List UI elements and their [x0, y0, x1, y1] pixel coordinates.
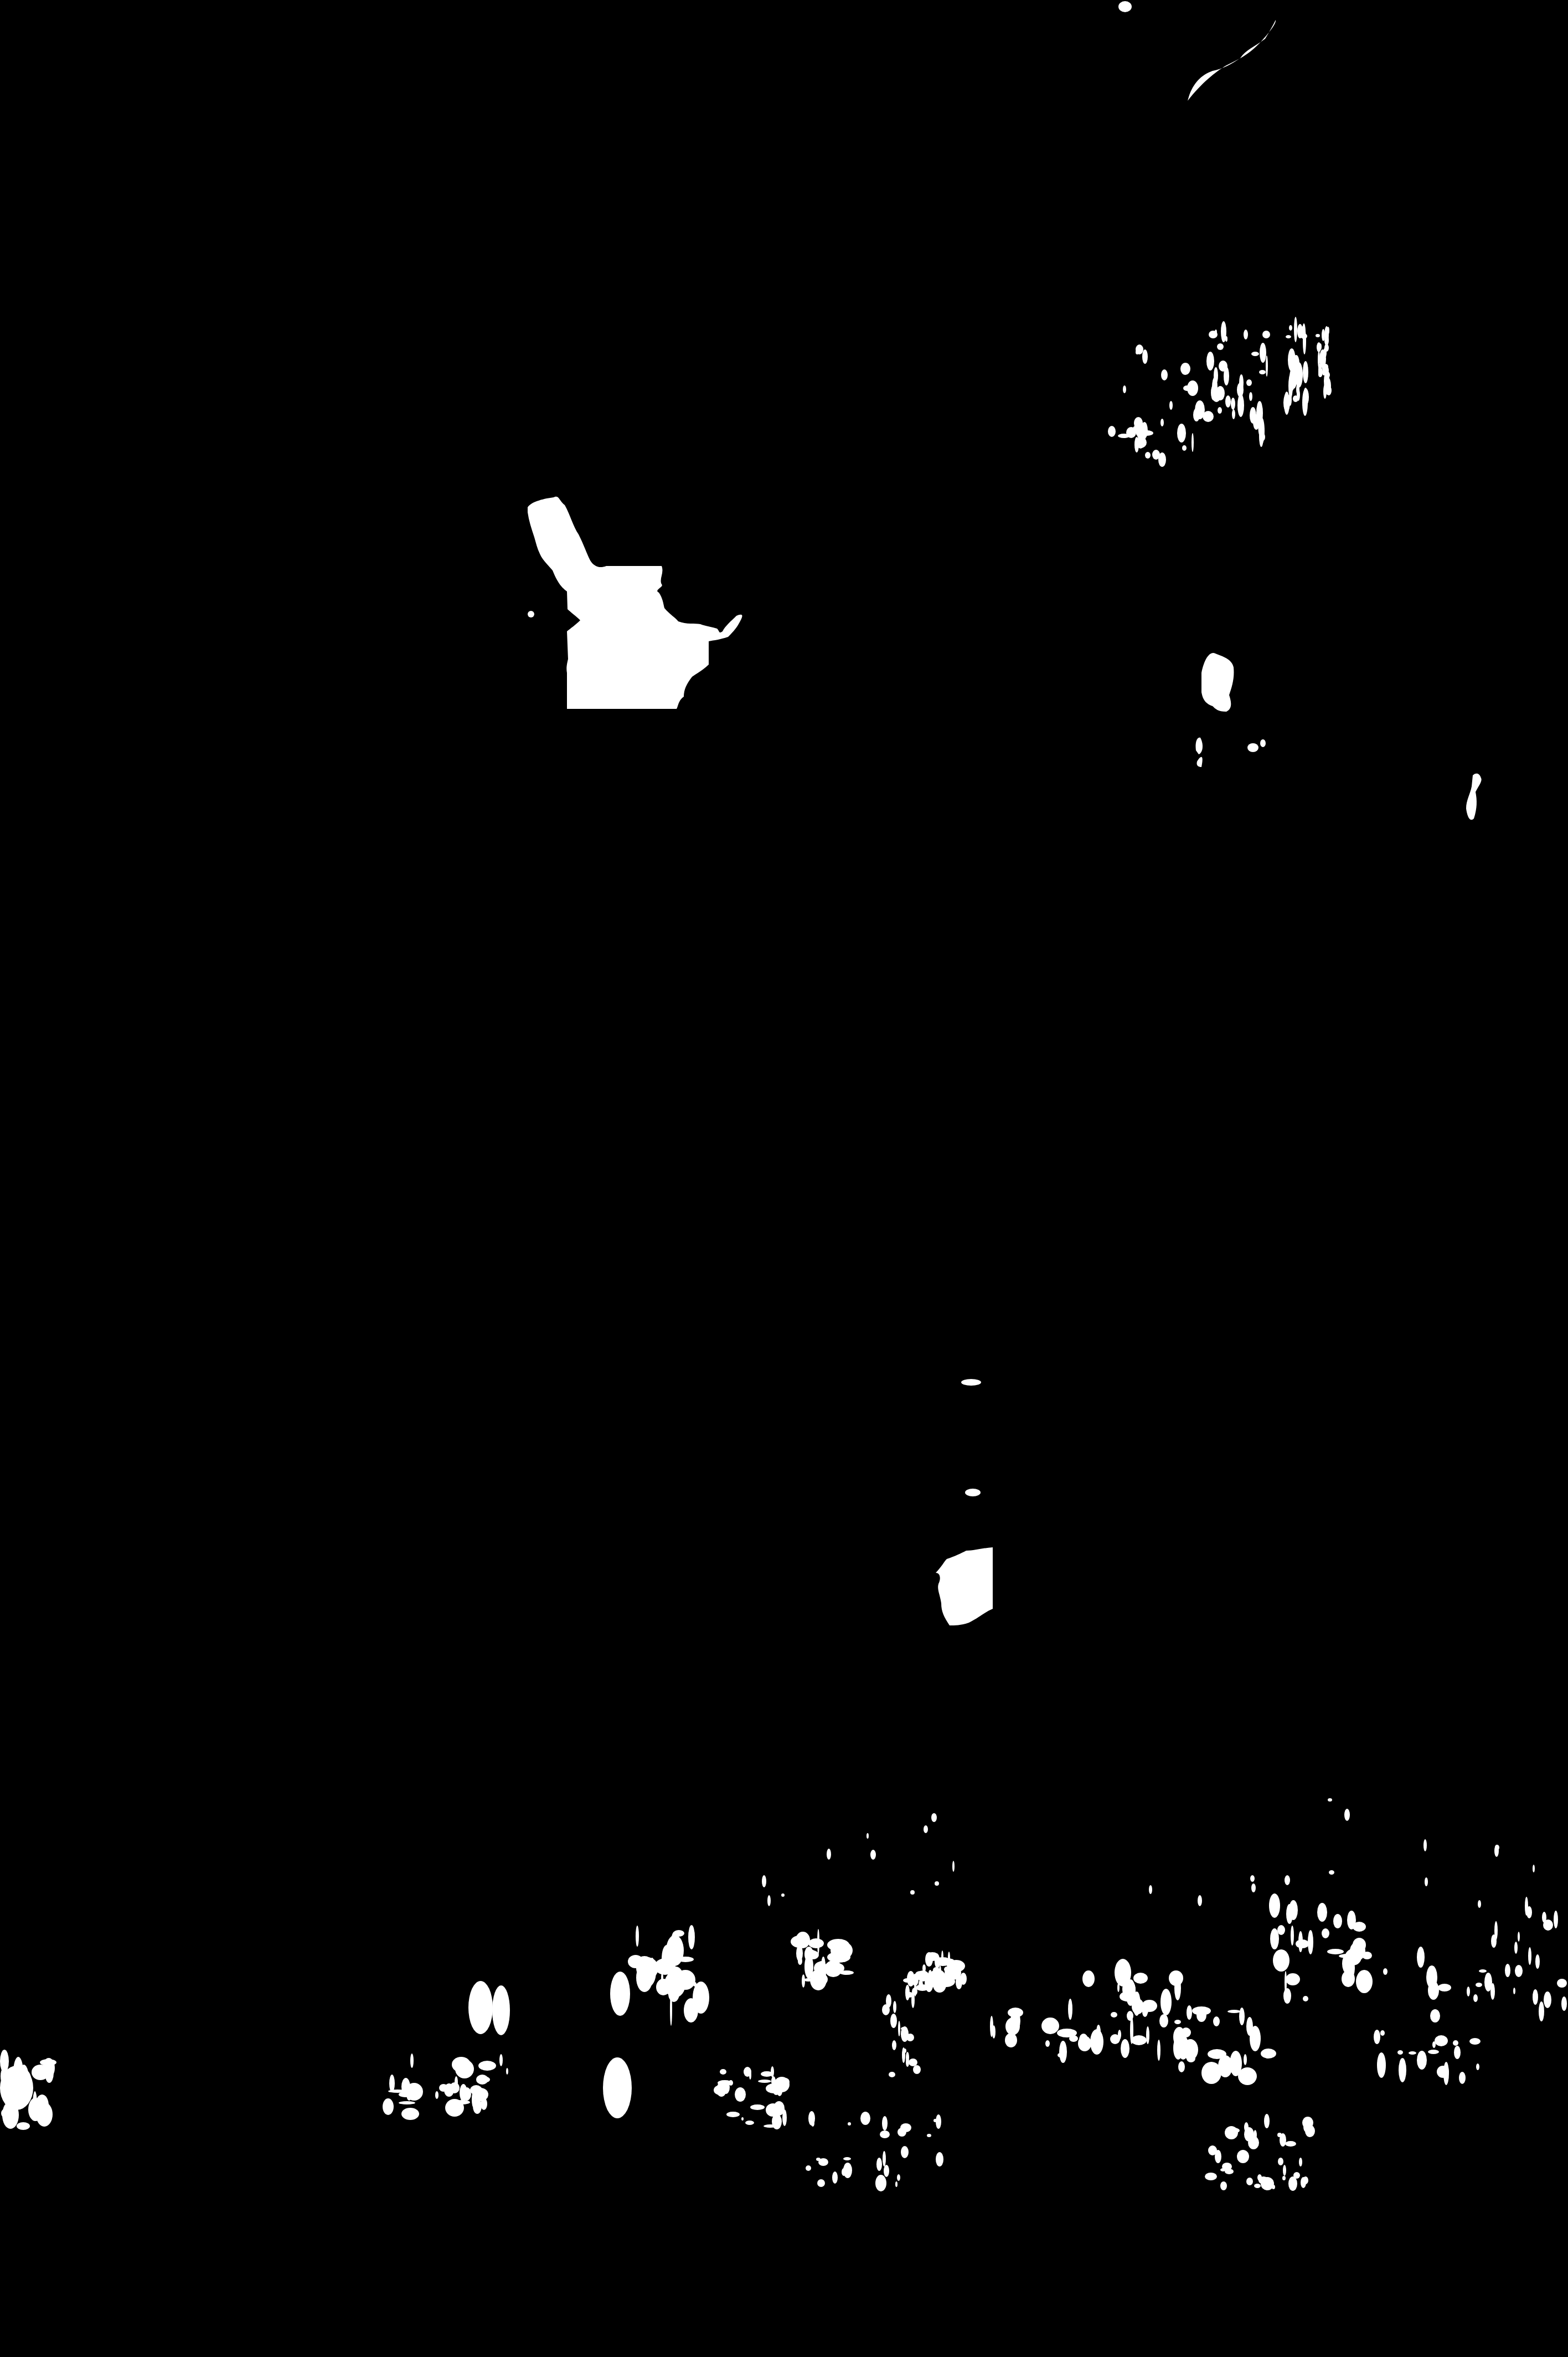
- upper-right-speckle-band: [1108, 317, 1332, 467]
- right-middle-blobs: [1195, 653, 1481, 820]
- center-lower-region: [936, 1379, 993, 1625]
- segmentation-mask: [0, 0, 1568, 2357]
- bottom-speckle-field: [0, 1798, 1567, 2191]
- top-right-streak: [1118, 1, 1276, 101]
- upper-left-large-region: [528, 497, 742, 709]
